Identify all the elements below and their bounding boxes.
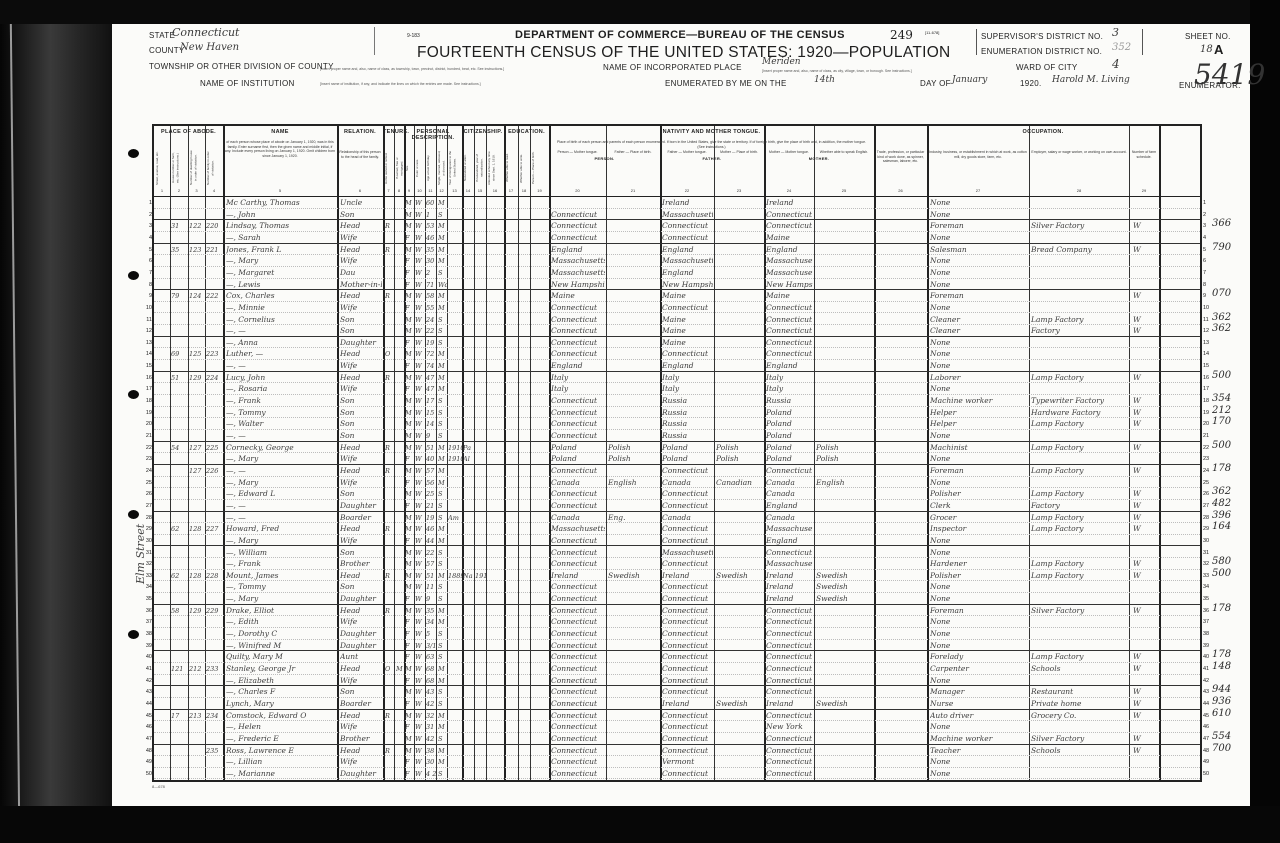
line-number-right: 8 [1203, 282, 1206, 288]
father-birthplace: Maine [662, 314, 713, 326]
home-tenure: R [385, 220, 394, 232]
occupation: Foreman [930, 465, 1028, 477]
marital-status: S [438, 418, 448, 430]
father-mother-tongue: Polish [716, 453, 763, 465]
age: 5 [426, 628, 437, 640]
census-row: 26—, Edward LSonMW25SConnecticutConnecti… [154, 488, 1200, 500]
sex: M [405, 558, 414, 570]
occupation-code: 148 [1212, 661, 1231, 672]
sex: M [405, 547, 414, 559]
occupation-code: 700 [1212, 743, 1231, 754]
column-group-header: TENURE. [383, 129, 404, 135]
marital-status: M [438, 360, 448, 372]
relation: Son [340, 407, 382, 419]
line-number-right: 42 [1203, 678, 1209, 684]
occupation: None [930, 337, 1028, 349]
father-birthplace: Maine [662, 337, 713, 349]
relation: Daughter [340, 500, 382, 512]
column-number: 4 [205, 188, 223, 193]
marital-status: S [438, 337, 448, 349]
column-number: 15 [474, 188, 486, 193]
column-number: 9 [404, 188, 414, 193]
birthplace: Connecticut [551, 407, 605, 419]
column-number: 21 [606, 188, 660, 193]
marital-status: M [438, 570, 448, 582]
father-mother-tongue: Swedish [716, 698, 763, 710]
line-number-left: 7 [140, 270, 152, 276]
father-birthplace: Massachusetts [662, 255, 713, 267]
line-number-left: 45 [140, 713, 152, 719]
age: 14 [426, 418, 437, 430]
mother-mother-tongue: Polish [816, 442, 873, 454]
relation: Mother-in-law [340, 279, 382, 291]
occupation: None [930, 547, 1028, 559]
microfilm-edge-right [1250, 0, 1280, 843]
mortgage-status: M [396, 663, 404, 675]
age: 35 [426, 605, 437, 617]
line-number-right: 15 [1203, 363, 1209, 369]
mother-birthplace: Poland [766, 442, 813, 454]
marital-status: S [438, 628, 448, 640]
census-row: 7—, MargaretDauFW2SMassachusettsEnglandM… [154, 267, 1200, 279]
family-number: 221 [206, 244, 223, 256]
institution-label: NAME OF INSTITUTION [200, 79, 295, 88]
department-title: DEPARTMENT OF COMMERCE—BUREAU OF THE CEN… [515, 29, 845, 41]
mother-birthplace: Massachusetts [766, 558, 813, 570]
age: 72 [426, 348, 437, 360]
marital-status: S [438, 325, 448, 337]
race: W [415, 302, 425, 314]
sex: M [405, 686, 414, 698]
mother-birthplace: Connecticut [766, 768, 813, 780]
relation: Son [340, 686, 382, 698]
birthplace: Connecticut [551, 756, 605, 768]
mother-birthplace: Massachusetts [766, 255, 813, 267]
line-number-right: 30 [1203, 538, 1209, 544]
occupation: Clerk [930, 500, 1028, 512]
mother-birthplace: Ireland [766, 593, 813, 605]
line-number-left: 25 [140, 480, 152, 486]
census-row: 3362128228Mount, JamesHeadRMW51M1889Na19… [154, 570, 1200, 582]
person-name: —, Edward L [226, 488, 336, 500]
enumerated-year: 1920. [1020, 79, 1042, 88]
person-name: —, Mary [226, 255, 336, 267]
line-number-right: 25 [1203, 480, 1209, 486]
line-number-right: 10 [1203, 305, 1209, 311]
person-name: Stanley, George Jr [226, 663, 336, 675]
house-number: 62 [171, 523, 187, 535]
microfilm-edge-top [0, 0, 1280, 24]
person-name: —, Mary [226, 477, 336, 489]
relation: Head [340, 348, 382, 360]
home-tenure: R [385, 290, 394, 302]
person-name: —, Tommy [226, 581, 336, 593]
race: W [415, 383, 425, 395]
industry: Silver Factory [1031, 605, 1128, 617]
race: W [415, 628, 425, 640]
column-number: 16 [486, 188, 504, 193]
race: W [415, 255, 425, 267]
sex: M [405, 570, 414, 582]
column-label: Employer, salary or wage worker, or work… [1030, 150, 1128, 186]
birthplace: Poland [551, 453, 605, 465]
census-row: 32—, FrankBrotherMW57SConnecticutConnect… [154, 558, 1200, 570]
marital-status: M [438, 745, 448, 757]
sex: F [405, 255, 414, 267]
census-row: 8—, LewisMother-in-lawFW71WdNew Hampshir… [154, 279, 1200, 291]
immigration-year: 1910 [448, 453, 462, 465]
industry: Silver Factory [1031, 220, 1128, 232]
enumeration-district-label: ENUMERATION DISTRICT NO. [981, 47, 1102, 56]
census-row: 43—, Charles FSonMW43SConnecticutConnect… [154, 686, 1200, 698]
occupation: Inspector [930, 523, 1028, 535]
occupation: None [930, 197, 1028, 209]
employment-class: W [1133, 733, 1158, 745]
census-row: 49—, LillianWifeFW30MConnecticutVermontC… [154, 756, 1200, 768]
father-birthplace: England [662, 267, 713, 279]
person-name: —, Mary [226, 535, 336, 547]
race: W [415, 488, 425, 500]
race: W [415, 337, 425, 349]
sex: M [405, 290, 414, 302]
person-name: —, Helen [226, 721, 336, 733]
column-group-header: NATIVITY AND MOTHER TONGUE. [549, 129, 874, 135]
census-row: 39—, Winifred MDaughterFW3/12SConnecticu… [154, 640, 1200, 652]
marital-status: S [438, 488, 448, 500]
sex: M [405, 523, 414, 535]
father-birthplace: Connecticut [662, 640, 713, 652]
industry: Lamp Factory [1031, 488, 1128, 500]
occupation: Laborer [930, 372, 1028, 384]
enumerated-day: 14th [814, 75, 835, 85]
line-number-left: 36 [140, 608, 152, 614]
dwelling-number: 213 [189, 710, 205, 722]
birthplace: Poland [551, 442, 605, 454]
mother-birthplace: Connecticut [766, 465, 813, 477]
marital-status: S [438, 314, 448, 326]
sex: F [405, 302, 414, 314]
industry: Lamp Factory [1031, 465, 1128, 477]
line-number-left: 27 [140, 503, 152, 509]
sex: F [405, 453, 414, 465]
age: 60 [426, 197, 437, 209]
person-name: Jones, Frank L [226, 244, 336, 256]
mother-tongue: Eng. [608, 512, 658, 524]
employment-class: W [1133, 651, 1158, 663]
line-number-left: 19 [140, 410, 152, 416]
industry: Factory [1031, 325, 1128, 337]
column-label: Mother — Place of birth. [715, 150, 763, 186]
binder-hole [128, 149, 139, 158]
sex: M [405, 745, 414, 757]
mother-mother-tongue: Swedish [816, 698, 873, 710]
census-row: 50—, MarianneDaughterFW4 2/12SConnecticu… [154, 768, 1200, 780]
birthplace: Canada [551, 477, 605, 489]
naturalization-status: Na [463, 570, 474, 582]
house-number: 31 [171, 220, 187, 232]
employment-class: W [1133, 290, 1158, 302]
race: W [415, 581, 425, 593]
column-number: 29 [1129, 188, 1159, 193]
mother-birthplace: Connecticut [766, 640, 813, 652]
line-number-left: 39 [140, 643, 152, 649]
line-number-right: 29 [1203, 526, 1209, 532]
line-number-left: 18 [140, 398, 152, 404]
industry: Grocery Co. [1031, 710, 1128, 722]
employment-class: W [1133, 418, 1158, 430]
line-number-right: 2 [1203, 212, 1206, 218]
naturalization-status: Al [463, 453, 474, 465]
father-birthplace: Connecticut [662, 721, 713, 733]
age: 38 [426, 745, 437, 757]
line-number-right: 33 [1203, 573, 1209, 579]
birthplace: New Hampshire [551, 279, 605, 291]
industry: Schools [1031, 745, 1128, 757]
father-birthplace: Ireland [662, 197, 713, 209]
line-number-right: 1 [1203, 200, 1206, 206]
census-row: 40Quilty, Mary MAuntFW63SConnecticutConn… [154, 651, 1200, 663]
occupation-code: 354 [1212, 393, 1231, 404]
census-row: 38—, Dorothy CDaughterFW5SConnecticutCon… [154, 628, 1200, 640]
industry: Silver Factory [1031, 733, 1128, 745]
birthplace: Massachusetts [551, 267, 605, 279]
age: 74 [426, 360, 437, 372]
father-birthplace: Connecticut [662, 733, 713, 745]
column-label: Number of farm schedule. [1130, 150, 1158, 186]
father-birthplace: Connecticut [662, 581, 713, 593]
occupation: None [930, 430, 1028, 442]
marital-status: M [438, 442, 448, 454]
father-birthplace: Connecticut [662, 628, 713, 640]
column-number: 5 [223, 188, 337, 193]
house-number: 54 [171, 442, 187, 454]
occupation-code: 580 [1212, 556, 1231, 567]
birthplace: Connecticut [551, 232, 605, 244]
line-number-right: 49 [1203, 759, 1209, 765]
mother-mother-tongue: Swedish [816, 570, 873, 582]
marital-status: S [438, 395, 448, 407]
mother-mother-tongue: Polish [816, 453, 873, 465]
marital-status: S [438, 209, 448, 221]
marital-status: S [438, 407, 448, 419]
age: 42 [426, 698, 437, 710]
occupation-code: 178 [1212, 603, 1231, 614]
employment-class: W [1133, 745, 1158, 757]
census-row: 11—, CorneliusSonMW24SConnecticutMaineCo… [154, 314, 1200, 326]
occupation: None [930, 477, 1028, 489]
father-mother-tongue: Polish [716, 442, 763, 454]
person-name: —, Edith [226, 616, 336, 628]
supervisor-district-label: SUPERVISOR'S DISTRICT NO. [981, 32, 1103, 41]
father-birthplace: Connecticut [662, 686, 713, 698]
incorporated-place-label: NAME OF INCORPORATED PLACE [603, 63, 742, 72]
father-birthplace: Russia [662, 430, 713, 442]
person-name: —, Walter [226, 418, 336, 430]
family-number: 228 [206, 570, 223, 582]
relation: Son [340, 418, 382, 430]
census-row: 2962128227Howard, FredHeadRMW46MMassachu… [154, 523, 1200, 535]
birthplace: Connecticut [551, 605, 605, 617]
column-group-header: RELATION. [337, 129, 383, 135]
line-number-right: 35 [1203, 596, 1209, 602]
age: 58 [426, 290, 437, 302]
father-birthplace: Connecticut [662, 488, 713, 500]
occupation: Polisher [930, 488, 1028, 500]
sex: M [405, 663, 414, 675]
employment-class: W [1133, 698, 1158, 710]
line-number-left: 28 [140, 515, 152, 521]
mother-birthplace: Connecticut [766, 745, 813, 757]
line-number-left: 47 [140, 736, 152, 742]
industry: Private home [1031, 698, 1128, 710]
person-name: Lynch, Mary [226, 698, 336, 710]
occupation: Foreman [930, 290, 1028, 302]
employment-class: W [1133, 442, 1158, 454]
sex: M [405, 512, 414, 524]
birthplace: Italy [551, 372, 605, 384]
immigration-year: 1889 [448, 570, 462, 582]
mother-birthplace: Connecticut [766, 325, 813, 337]
age: 47 [426, 383, 437, 395]
person-name: Cox, Charles [226, 290, 336, 302]
line-number-right: 45 [1203, 713, 1209, 719]
relation: Daughter [340, 593, 382, 605]
dwelling-number: 123 [189, 244, 205, 256]
dwelling-number: 122 [189, 220, 205, 232]
sex: F [405, 477, 414, 489]
column-number: 26 [874, 188, 927, 193]
house-number: 69 [171, 348, 187, 360]
race: W [415, 512, 425, 524]
family-number: 226 [206, 465, 223, 477]
sex: F [405, 383, 414, 395]
person-name: Howard, Fred [226, 523, 336, 535]
occupation-code: 554 [1212, 731, 1231, 742]
father-birthplace: Canada [662, 512, 713, 524]
marital-status: M [438, 290, 448, 302]
column-label: Person — Place of birth. [531, 150, 548, 186]
father-birthplace: Connecticut [662, 675, 713, 687]
father-birthplace: Connecticut [662, 465, 713, 477]
occupation-code: 610 [1212, 708, 1231, 719]
person-name: —, — [226, 430, 336, 442]
relation: Head [340, 372, 382, 384]
race: W [415, 465, 425, 477]
mother-birthplace: Connecticut [766, 616, 813, 628]
birthplace: Connecticut [551, 314, 605, 326]
industry: Lamp Factory [1031, 558, 1128, 570]
line-number-right: 43 [1203, 689, 1209, 695]
mother-birthplace: Connecticut [766, 651, 813, 663]
line-number-left: 46 [140, 724, 152, 730]
occupation: Machine worker [930, 395, 1028, 407]
column-label: Relationship of this person to the head … [338, 150, 382, 186]
census-row: 27—, —DaughterFW21SConnecticutConnecticu… [154, 500, 1200, 512]
employment-class: W [1133, 710, 1158, 722]
age: 19 [426, 512, 437, 524]
person-name: —, Frederic E [226, 733, 336, 745]
mother-mother-tongue: English [816, 477, 873, 489]
employment-class: W [1133, 314, 1158, 326]
enumerated-month: January [952, 75, 987, 85]
age: 40 [426, 453, 437, 465]
age: 30 [426, 255, 437, 267]
mother-birthplace: Poland [766, 430, 813, 442]
sex: F [405, 616, 414, 628]
father-birthplace: Vermont [662, 756, 713, 768]
marital-status: S [438, 581, 448, 593]
occupation: None [930, 360, 1028, 372]
column-label: Naturalized or alien. [463, 150, 473, 186]
mother-birthplace: Canada [766, 477, 813, 489]
census-sheet: STATE Connecticut COUNTY New Haven TOWNS… [112, 24, 1250, 806]
line-number-right: 7 [1203, 270, 1206, 276]
line-number-right: 6 [1203, 258, 1206, 264]
father-birthplace: New Hampshire [662, 279, 713, 291]
occupation: None [930, 628, 1028, 640]
relation: Head [340, 745, 382, 757]
column-label: Father — Place of birth. [607, 150, 659, 186]
stamp-number: 5419 [1194, 58, 1265, 91]
birthplace: Connecticut [551, 325, 605, 337]
industry: Bread Company [1031, 244, 1128, 256]
employment-class: W [1133, 663, 1158, 675]
mother-birthplace: Ireland [766, 197, 813, 209]
marital-status: M [438, 453, 448, 465]
sex: F [405, 640, 414, 652]
person-name: —, — [226, 325, 336, 337]
relation: Wife [340, 360, 382, 372]
employment-class: W [1133, 407, 1158, 419]
house-number: 58 [171, 605, 187, 617]
mother-tongue: English [608, 477, 658, 489]
occupation: None [930, 616, 1028, 628]
father-birthplace: Italy [662, 383, 713, 395]
immigration-year: 1910 [448, 442, 462, 454]
father-birthplace: Connecticut [662, 768, 713, 780]
line-number-left: 1 [140, 200, 152, 206]
house-number: 35 [171, 244, 187, 256]
family-number: 220 [206, 220, 223, 232]
sex: M [405, 314, 414, 326]
occupation: None [930, 302, 1028, 314]
enumerator-name: Harold M. Living [1052, 75, 1130, 85]
relation: Head [340, 663, 382, 675]
occupation-code: 396 [1212, 510, 1231, 521]
census-title: FOURTEENTH CENSUS OF THE UNITED STATES: … [417, 44, 951, 62]
marital-status: S [438, 698, 448, 710]
sex: F [405, 360, 414, 372]
father-birthplace: Connecticut [662, 558, 713, 570]
column-label: Color or race. [415, 150, 424, 186]
relation: Wife [340, 756, 382, 768]
mother-birthplace: Poland [766, 418, 813, 430]
marital-status: S [438, 430, 448, 442]
marital-status: M [438, 477, 448, 489]
father-birthplace: Connecticut [662, 651, 713, 663]
race: W [415, 523, 425, 535]
family-number: 233 [206, 663, 223, 675]
census-row: 15—, —WifeFW74MEnglandEnglandEnglandNone… [154, 360, 1200, 372]
mother-birthplace: Connecticut [766, 675, 813, 687]
race: W [415, 244, 425, 256]
occupation: None [930, 209, 1028, 221]
mother-birthplace: Ireland [766, 581, 813, 593]
occupation-code: 170 [1212, 416, 1231, 427]
line-number-right: 26 [1203, 491, 1209, 497]
person-name: Cornecky, George [226, 442, 336, 454]
occupation: Helper [930, 418, 1028, 430]
